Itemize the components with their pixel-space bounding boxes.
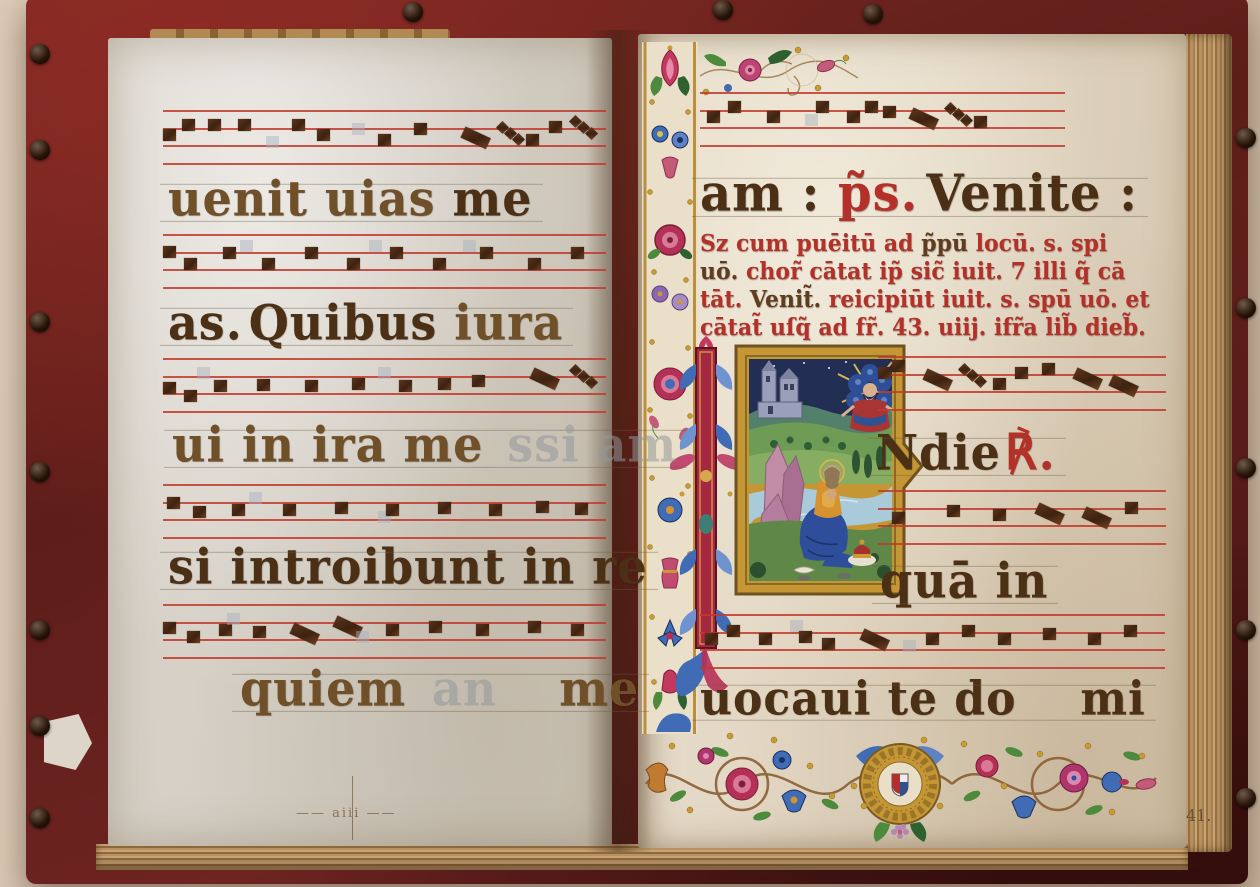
metal-boss-stud <box>403 2 423 22</box>
neume-note <box>182 119 195 131</box>
neume-note <box>352 378 365 390</box>
neume-note <box>1015 367 1028 379</box>
stave-line <box>878 409 1166 411</box>
neume-note <box>1043 628 1056 640</box>
neume-note <box>208 119 221 131</box>
text-segment: reicipiūt iuit. s. spū uō. et <box>829 286 1150 314</box>
neume-note <box>878 367 891 379</box>
chant-text-line: ui in ira messi am <box>172 416 677 473</box>
text-segment: me <box>453 170 533 227</box>
neume-note <box>438 378 451 390</box>
metal-boss-stud <box>30 716 50 736</box>
neume-note <box>571 247 584 259</box>
text-segment: locū. s. spi <box>976 230 1108 258</box>
text-segment: quiem <box>240 660 406 717</box>
stave-line <box>878 525 1166 527</box>
neume-note <box>528 621 541 633</box>
stave-line <box>163 604 606 606</box>
neume-note <box>998 633 1011 645</box>
stave-line <box>163 110 606 112</box>
neume-note <box>883 106 896 118</box>
neume-note <box>433 258 446 270</box>
page-stack-fore-edge <box>1186 34 1232 852</box>
neume-note <box>197 367 210 379</box>
neume-note <box>728 101 741 113</box>
text-segment: Venite <box>926 164 1101 223</box>
neume-note <box>227 613 240 625</box>
quire-mark: —— aiii —— <box>296 806 397 821</box>
neume-note <box>347 258 360 270</box>
stave-line <box>163 287 606 289</box>
neume-note <box>549 121 562 133</box>
neume-note <box>429 621 442 633</box>
music-stave <box>878 490 1166 545</box>
chant-text-line: am : p̃s.Venite : <box>700 164 1138 223</box>
rubric-line: uō. chor̃ cātat ip̃ sic̃ iuit. 7 illi q̃… <box>700 258 1125 286</box>
neume-note <box>822 638 835 650</box>
neume-note <box>529 368 559 391</box>
text-segment: p̃s. <box>838 164 918 223</box>
stave-line <box>700 614 1165 616</box>
neume-note <box>399 380 412 392</box>
metal-boss-stud <box>30 808 50 828</box>
text-segment: as. <box>168 294 243 351</box>
text-segment: uocaui te do <box>700 672 1016 726</box>
music-stave <box>163 484 606 539</box>
folio-page-number: 41. <box>1186 806 1211 825</box>
music-stave <box>163 234 606 289</box>
quire-mark-rule <box>352 776 353 840</box>
neume-note <box>962 625 975 637</box>
metal-boss-stud <box>1236 128 1256 148</box>
stave-line <box>700 92 1065 94</box>
stave-line <box>878 356 1166 358</box>
neume-note <box>1042 363 1055 375</box>
neume-note <box>892 512 905 524</box>
neume-note <box>571 624 584 636</box>
text-segment: cātat̃ uſq̃ ad fr̃. 43. uiij. ifr̃a lib̃… <box>700 314 1146 342</box>
stave-line <box>700 127 1065 129</box>
music-stave <box>700 614 1165 669</box>
metal-boss-stud <box>863 4 883 24</box>
text-segment: an <box>432 660 497 717</box>
text-segment: am <box>700 164 784 223</box>
text-segment: mi <box>1080 672 1145 726</box>
stave-line <box>163 657 606 659</box>
neume-note <box>705 633 718 645</box>
neume-note <box>536 501 549 513</box>
metal-boss-stud <box>30 462 50 482</box>
neume-note <box>283 504 296 516</box>
neume-note <box>767 111 780 123</box>
neume-note <box>1108 375 1138 398</box>
stave-line <box>163 163 606 165</box>
stave-line <box>163 234 606 236</box>
stave-line <box>878 508 1166 510</box>
text-segment: ℟. <box>1005 424 1056 481</box>
neume-note <box>472 375 485 387</box>
neume-note <box>163 622 176 634</box>
neume-note <box>476 624 489 636</box>
neume-note <box>386 624 399 636</box>
chant-text-line: Ndie℟. <box>876 424 1056 481</box>
music-stave <box>163 358 606 413</box>
text-segment: : <box>1102 164 1138 223</box>
chant-text-line: as.Quibus iura <box>168 294 563 351</box>
text-segment: quā in <box>880 552 1048 609</box>
neume-note <box>356 631 369 643</box>
chant-text-line: quā in <box>880 552 1048 609</box>
text-segment: : <box>784 164 838 223</box>
text-segment: Ndie <box>876 424 1001 481</box>
bottom-floral-border-ornament <box>642 726 1160 848</box>
metal-boss-stud <box>30 312 50 332</box>
neume-note <box>947 505 960 517</box>
metal-boss-stud <box>30 140 50 160</box>
text-segment: iura <box>454 294 563 351</box>
music-stave <box>878 356 1166 411</box>
neume-note <box>163 129 176 141</box>
neume-note <box>193 506 206 518</box>
neume-note <box>305 380 318 392</box>
stave-line <box>163 393 606 395</box>
neume-note <box>1125 502 1138 514</box>
neume-note <box>974 376 987 389</box>
neume-note <box>167 497 180 509</box>
stave-line <box>163 411 606 413</box>
neume-note <box>163 246 176 258</box>
metal-boss-stud <box>1236 788 1256 808</box>
chant-text-line: si introibunt in re <box>168 538 648 595</box>
neume-note <box>187 631 200 643</box>
neume-note <box>463 240 476 252</box>
text-segment: tāt. <box>700 286 750 314</box>
neume-note <box>386 504 399 516</box>
neume-note <box>184 258 197 270</box>
neume-note <box>317 129 330 141</box>
neume-note <box>257 379 270 391</box>
text-segment: am <box>597 416 677 473</box>
neume-note <box>480 247 493 259</box>
rubric-line: Sz cum puēitū ad p̃pū locū. s. spi <box>700 230 1107 258</box>
neume-note <box>1034 503 1064 526</box>
chant-text-line: uenit uias me <box>168 170 533 227</box>
text-segment: Venit̃. <box>750 286 829 314</box>
music-stave <box>700 92 1065 147</box>
neume-note <box>163 382 176 394</box>
neume-note <box>262 258 275 270</box>
text-segment: uenit <box>168 170 325 227</box>
neume-note <box>526 134 539 146</box>
metal-boss-stud <box>30 44 50 64</box>
neume-note <box>184 390 197 402</box>
stave-line <box>163 484 606 486</box>
text-segment: uō. <box>700 258 746 286</box>
neume-note <box>805 114 818 126</box>
rubric-line: cātat̃ uſq̃ ad fr̃. 43. uiij. ifr̃a lib̃… <box>700 314 1146 342</box>
neume-note <box>489 504 502 516</box>
neume-note <box>266 136 279 148</box>
stave-line <box>163 639 606 641</box>
neume-note <box>335 502 348 514</box>
neume-note <box>865 101 878 113</box>
neume-note <box>1073 368 1103 391</box>
neume-note <box>759 633 772 645</box>
neume-note <box>974 116 987 128</box>
neume-note <box>238 119 251 131</box>
music-stave <box>163 604 606 659</box>
text-segment: chor̃ cātat ip̃ sic̃ iuit. 7 illi q̃ cā <box>746 258 1125 286</box>
neume-note <box>892 360 905 372</box>
neume-note <box>922 369 952 392</box>
neume-note <box>575 503 588 515</box>
metal-boss-stud <box>713 0 733 20</box>
neume-note <box>390 247 403 259</box>
metal-boss-stud <box>1236 458 1256 478</box>
neume-note <box>707 111 720 123</box>
stave-line <box>163 128 606 130</box>
neume-note <box>289 623 319 646</box>
stave-line <box>163 358 606 360</box>
text-segment: si introibunt in re <box>168 538 648 595</box>
rubric-line: tāt. Venit̃. reicipiūt iuit. s. spū uō. … <box>700 286 1150 314</box>
neume-note <box>369 240 382 252</box>
neume-note <box>240 240 253 252</box>
neume-note <box>993 378 1006 390</box>
neume-note <box>926 633 939 645</box>
shield-icon <box>892 774 908 796</box>
text-segment: Quibus <box>249 294 455 351</box>
neume-note <box>1088 633 1101 645</box>
neume-note <box>414 123 427 135</box>
neume-note <box>249 492 262 504</box>
stave-line <box>878 490 1166 492</box>
text-segment: Sz cum puēitū ad <box>700 230 921 258</box>
stave-line <box>700 649 1165 651</box>
neume-note <box>993 509 1006 521</box>
neume-note <box>253 626 266 638</box>
stave-line <box>700 145 1065 147</box>
neume-note <box>305 247 318 259</box>
text-segment: me <box>559 660 639 717</box>
metal-boss-stud <box>30 620 50 640</box>
neume-note <box>378 367 391 379</box>
chant-text-line: uocaui te domi <box>700 672 1146 726</box>
neume-note <box>378 134 391 146</box>
neume-note <box>903 640 916 652</box>
neume-note <box>847 111 860 123</box>
text-segment: p̃pū <box>921 230 975 258</box>
neume-note <box>214 380 227 392</box>
metal-boss-stud <box>1236 620 1256 640</box>
neume-note <box>799 631 812 643</box>
text-segment: uias <box>325 170 453 227</box>
neume-note <box>352 123 365 135</box>
stave-line <box>700 667 1165 669</box>
text-segment: ssi <box>507 416 596 473</box>
neume-note <box>438 502 451 514</box>
stave-line <box>878 543 1166 545</box>
manuscript-photo: uenit uias meas.Quibus iuraui in ira mes… <box>0 0 1260 887</box>
neume-note <box>292 119 305 131</box>
metal-boss-stud <box>1236 298 1256 318</box>
neume-note <box>727 625 740 637</box>
music-stave <box>163 110 606 165</box>
neume-note <box>1124 625 1137 637</box>
neume-note <box>528 258 541 270</box>
neume-note <box>816 101 829 113</box>
neume-note <box>219 624 232 636</box>
neume-note <box>223 247 236 259</box>
chant-text-line: quiemanme <box>240 660 639 717</box>
text-segment: ui in ira me <box>172 416 483 473</box>
neume-note <box>232 504 245 516</box>
